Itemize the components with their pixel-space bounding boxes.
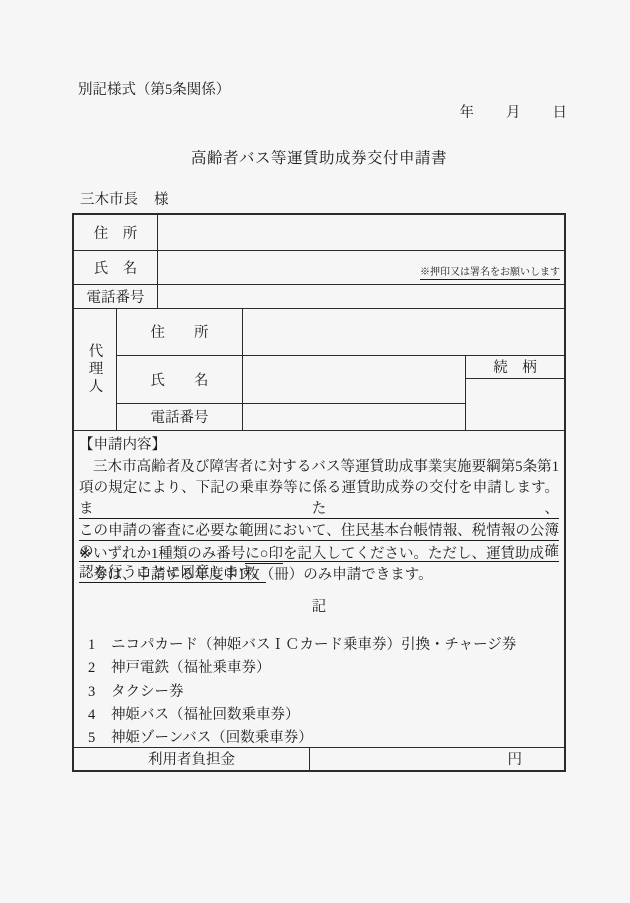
record-heading: 記 xyxy=(79,596,559,618)
proxy-name-label: 氏 名 xyxy=(117,355,242,403)
applicant-address-field xyxy=(158,215,564,250)
stamp-or-signature-note: ※押印又は署名をお願いします xyxy=(420,263,560,280)
option-number: 4 xyxy=(88,704,111,727)
option-label: 神姫バス（福祉回数乗車券） xyxy=(111,707,300,723)
proxy-phone-field xyxy=(243,403,465,430)
proxy-name-field xyxy=(243,355,465,403)
ticket-option: 2神戸電鉄（福祉乗車券） xyxy=(79,657,559,680)
proxy-address-label: 住 所 xyxy=(117,308,242,355)
applicant-name-label: 氏 名 xyxy=(74,250,157,284)
proxy-relationship-label: 続 柄 xyxy=(466,355,564,378)
addressee-line: 三木市長様 xyxy=(80,190,169,210)
user-burden-label: 利用者負担金 xyxy=(74,747,309,770)
statement-line: 項の規定により、下記の乗車券等に係る運賃助成券の交付を申請します。また、 xyxy=(79,478,559,520)
proxy-address-field xyxy=(243,308,564,355)
user-burden-amount-field: 円 xyxy=(310,747,564,770)
option-label: タクシー券 xyxy=(111,684,184,700)
option-number: 3 xyxy=(88,681,111,704)
addressee-name: 三木市長 xyxy=(80,192,138,208)
document-title: 高齢者バス等運賃助成券交付申請書 xyxy=(72,146,566,168)
ticket-option-list: 1ニコパカード（神姫バスＩＣカード乗車券）引換・チャージ券 2神戸電鉄（福祉乗車… xyxy=(79,634,559,750)
date-line: 年 月 日 xyxy=(460,103,569,123)
note-line: ※いずれか1種類のみ番号に○印を記入してください。ただし、運賃助成 xyxy=(79,544,559,565)
option-label: ニコパカード（神姫バスＩＣカード乗車券）引換・チャージ券 xyxy=(111,637,516,653)
applicant-address-label: 住 所 xyxy=(74,215,157,250)
selection-note: ※いずれか1種類のみ番号に○印を記入してください。ただし、運賃助成 券は、申請す… xyxy=(79,544,559,586)
document-page: { "header": { "form_number": "別記様式（第5条関係… xyxy=(0,0,630,903)
application-form-table: 住 所 氏 名 ※押印又は署名をお願いします 電話番号 代理人 住 所 氏 名 … xyxy=(72,213,566,772)
application-content-heading: 【申請内容】 xyxy=(79,435,559,455)
proxy-relationship-field xyxy=(466,379,564,430)
option-label: 神姫ゾーンバス（回数乗車券） xyxy=(111,730,313,746)
form-style-number: 別記様式（第5条関係） xyxy=(78,80,230,100)
ticket-option: 1ニコパカード（神姫バスＩＣカード乗車券）引換・チャージ券 xyxy=(79,634,559,657)
option-number: 1 xyxy=(88,634,111,657)
note-line: 券は、申請する年度中1枚（冊）のみ申請できます。 xyxy=(79,565,559,586)
applicant-phone-label: 電話番号 xyxy=(74,284,157,308)
reference-mark: ※ xyxy=(79,544,93,565)
applicant-name-field: ※押印又は署名をお願いします xyxy=(158,250,564,284)
ticket-option: 3タクシー券 xyxy=(79,681,559,704)
proxy-section-label: 代理人 xyxy=(74,308,116,430)
statement-line: 三木市高齢者及び障害者に対するバス等運賃助成事業実施要綱第5条第1 xyxy=(79,457,559,478)
option-number: 2 xyxy=(88,657,111,680)
ticket-option: 4神姫バス（福祉回数乗車券） xyxy=(79,704,559,727)
proxy-phone-label: 電話番号 xyxy=(117,403,242,430)
option-label: 神戸電鉄（福祉乗車券） xyxy=(111,660,271,676)
application-content-cell: 【申請内容】 三木市高齢者及び障害者に対するバス等運賃助成事業実施要綱第5条第1… xyxy=(74,430,564,747)
yen-unit: 円 xyxy=(508,748,523,769)
addressee-honorific: 様 xyxy=(154,192,169,208)
applicant-phone-field xyxy=(158,284,564,308)
